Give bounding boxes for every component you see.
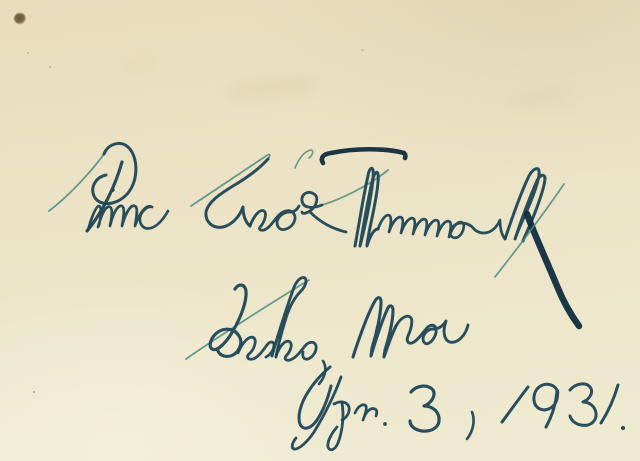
autograph-card: Prince Leo Toumanoff Boston, Mass Apr. 3…	[0, 0, 640, 461]
stroke-on	[276, 341, 316, 360]
stroke-rince	[88, 206, 168, 230]
stroke-digit-1a	[502, 387, 528, 422]
stroke-a-bowl	[299, 367, 331, 428]
i-dot	[111, 188, 114, 191]
stroke-digit-9	[534, 384, 558, 427]
stroke-comma-date	[467, 412, 474, 439]
handwriting-line-date	[292, 367, 625, 450]
stroke-leo-flick	[295, 150, 313, 168]
period-final	[621, 426, 625, 430]
stroke-l-body	[206, 159, 268, 227]
stroke-p-loop	[93, 143, 136, 203]
stroke-t-tall	[272, 278, 306, 357]
stroke-m-cap	[353, 298, 396, 357]
handwriting-line-name	[49, 143, 579, 326]
stroke-t-bar	[322, 149, 406, 163]
stroke-l-ascender	[191, 155, 270, 206]
stroke-eo	[250, 206, 299, 230]
stroke-digit-3b	[570, 384, 596, 426]
stroke-ff-descender	[527, 214, 579, 326]
stroke-os	[238, 337, 274, 359]
handwriting-ink-layer	[0, 0, 640, 461]
stroke-digit-3-day	[410, 386, 439, 431]
period-apr	[383, 422, 387, 426]
stroke-umano	[378, 215, 505, 239]
stroke-ass	[396, 316, 468, 344]
stroke-digit-1b	[601, 385, 618, 423]
stroke-ff-loops	[505, 169, 545, 241]
stroke-p-descender	[328, 403, 343, 450]
stroke-r	[355, 405, 377, 420]
